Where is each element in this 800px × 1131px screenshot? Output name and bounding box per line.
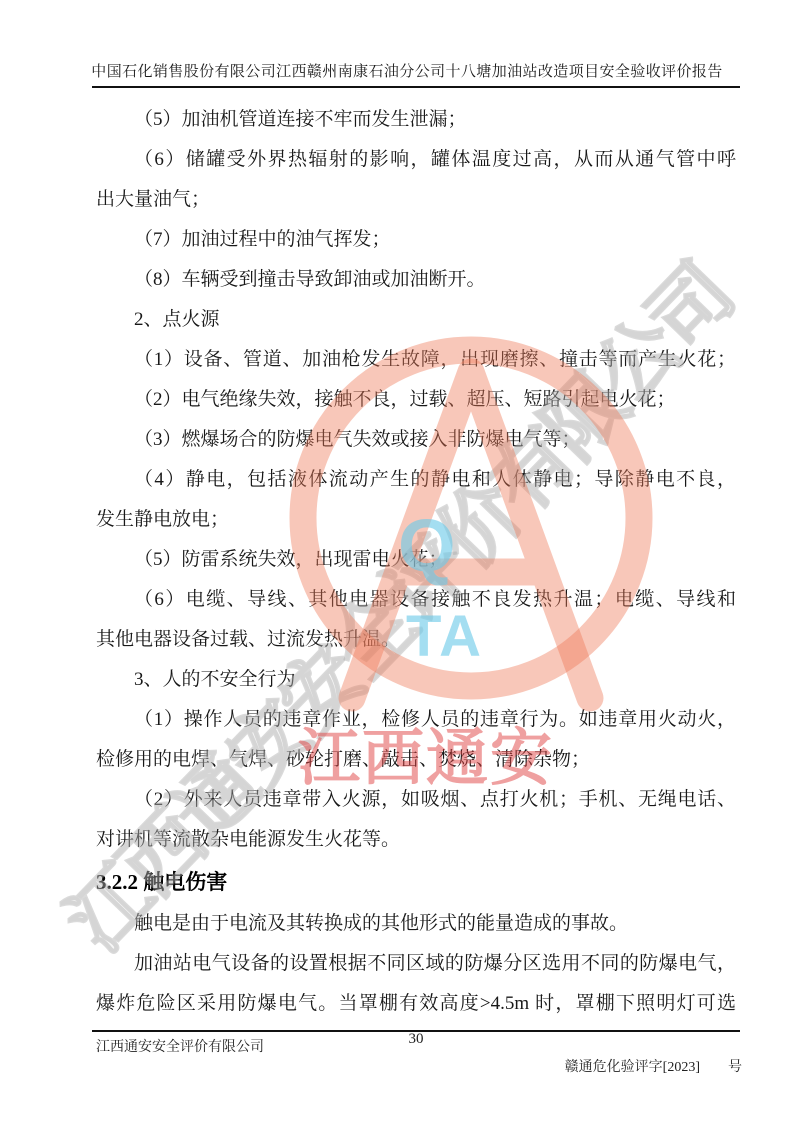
text-line: 触电是由于电流及其转换成的其他形式的能量造成的事故。 xyxy=(96,904,736,944)
text-line: （2）外来人员违章带入火源，如吸烟、点打火机；手机、无绳电话、 xyxy=(96,780,736,820)
footer-document-number: 赣通危化验评字[2023] 号 xyxy=(565,1056,742,1076)
text-line: 其他电器设备过载、过流发热升温。 xyxy=(96,620,736,660)
footer-company-name: 江西通安安全评价有限公司 xyxy=(96,1036,264,1056)
paragraph: （6）电缆、导线、其他电器设备接触不良发热升温；电缆、导线和其他电器设备过载、过… xyxy=(96,580,736,660)
paragraph: 加油站电气设备的设置根据不同区域的防爆分区选用不同的防爆电气，爆炸危险区采用防爆… xyxy=(96,944,736,1024)
paragraph: （6）储罐受外界热辐射的影响，罐体温度过高，从而从通气管中呼出大量油气； xyxy=(96,140,736,220)
paragraph: 触电是由于电流及其转换成的其他形式的能量造成的事故。 xyxy=(96,904,736,944)
text-line: 检修用的电焊、气焊、砂轮打磨、敲击、焚烧、清除杂物； xyxy=(96,740,736,780)
text-line: 出大量油气； xyxy=(96,180,736,220)
header-divider xyxy=(92,86,740,88)
text-line: （5）防雷系统失效，出现雷电火花； xyxy=(96,540,736,580)
text-line: （3）燃爆场合的防爆电气失效或接入非防爆电气等； xyxy=(96,420,736,460)
text-line: （6）电缆、导线、其他电器设备接触不良发热升温；电缆、导线和 xyxy=(96,580,736,620)
text-line: （7）加油过程中的油气挥发； xyxy=(96,220,736,260)
text-line: （5）加油机管道连接不牢而发生泄漏； xyxy=(96,100,736,140)
paragraph: （4）静电，包括液体流动产生的静电和人体静电；导除静电不良，发生静电放电； xyxy=(96,460,736,540)
text-line: 对讲机等流散杂电能源发生火花等。 xyxy=(96,820,736,860)
text-line: 爆炸危险区采用防爆电气。当罩棚有效高度>4.5m 时，罩棚下照明灯可选 xyxy=(96,984,736,1024)
text-line: （1）设备、管道、加油枪发生故障，出现磨擦、撞击等而产生火花； xyxy=(96,340,736,380)
paragraph: 3、人的不安全行为 xyxy=(96,660,736,700)
text-line: （4）静电，包括液体流动产生的静电和人体静电；导除静电不良， xyxy=(96,460,736,500)
text-line: （1）操作人员的违章作业，检修人员的违章行为。如违章用火动火， xyxy=(96,700,736,740)
text-line: 3、人的不安全行为 xyxy=(96,660,736,700)
paragraph: （5）防雷系统失效，出现雷电火花； xyxy=(96,540,736,580)
text-line: 加油站电气设备的设置根据不同区域的防爆分区选用不同的防爆电气， xyxy=(96,944,736,984)
paragraph: （8）车辆受到撞击导致卸油或加油断开。 xyxy=(96,260,736,300)
text-line: （8）车辆受到撞击导致卸油或加油断开。 xyxy=(96,260,736,300)
paragraph: （2）电气绝缘失效，接触不良，过载、超压、短路引起电火花； xyxy=(96,380,736,420)
paragraph: （1）设备、管道、加油枪发生故障，出现磨擦、撞击等而产生火花； xyxy=(96,340,736,380)
paragraph: （5）加油机管道连接不牢而发生泄漏； xyxy=(96,100,736,140)
text-line: （6）储罐受外界热辐射的影响，罐体温度过高，从而从通气管中呼 xyxy=(96,140,736,180)
text-line: （2）电气绝缘失效，接触不良，过载、超压、短路引起电火花； xyxy=(96,380,736,420)
document-page: 中国石化销售股份有限公司江西赣州南康石油分公司十八塘加油站改造项目安全验收评价报… xyxy=(0,0,800,1131)
document-body: （5）加油机管道连接不牢而发生泄漏；（6）储罐受外界热辐射的影响，罐体温度过高，… xyxy=(96,100,736,1024)
section-heading: 3.2.2 触电伤害 xyxy=(96,860,736,904)
text-line: 发生静电放电； xyxy=(96,500,736,540)
paragraph: （1）操作人员的违章作业，检修人员的违章行为。如违章用火动火，检修用的电焊、气焊… xyxy=(96,700,736,780)
paragraph: （3）燃爆场合的防爆电气失效或接入非防爆电气等； xyxy=(96,420,736,460)
text-line: 2、点火源 xyxy=(96,300,736,340)
paragraph: （7）加油过程中的油气挥发； xyxy=(96,220,736,260)
report-header-title: 中国石化销售股份有限公司江西赣州南康石油分公司十八塘加油站改造项目安全验收评价报… xyxy=(70,60,744,81)
paragraph: （2）外来人员违章带入火源，如吸烟、点打火机；手机、无绳电话、对讲机等流散杂电能… xyxy=(96,780,736,860)
paragraph: 2、点火源 xyxy=(96,300,736,340)
